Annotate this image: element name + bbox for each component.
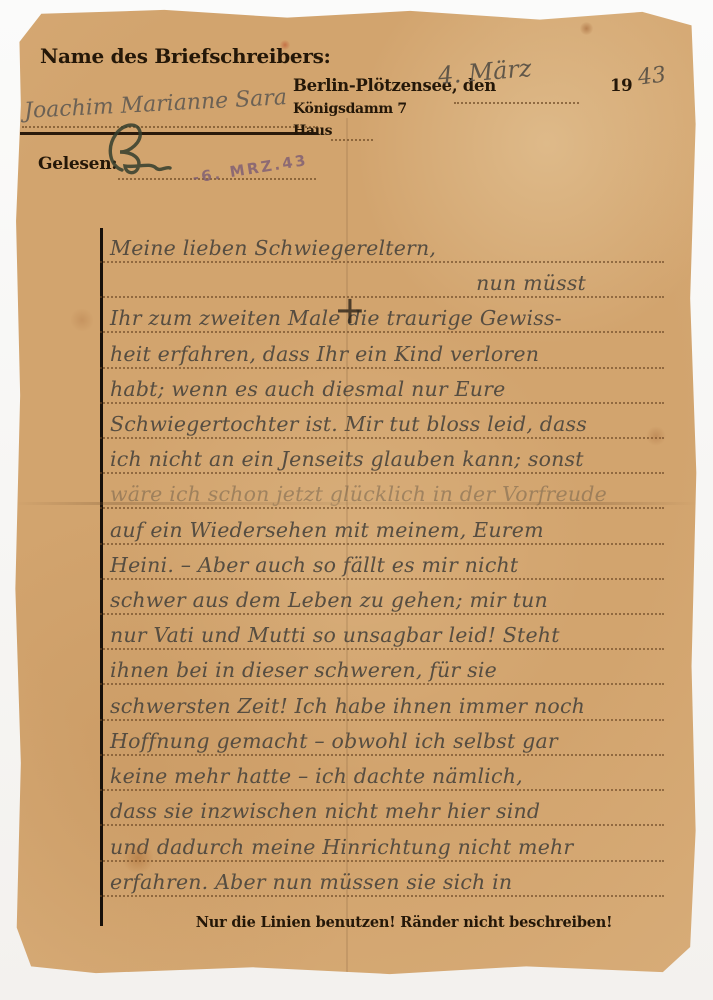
letter-line: ihnen bei in dieser schweren, für sie xyxy=(100,649,664,685)
year-handwritten: 43 xyxy=(637,62,668,90)
year-prefix-printed: 19 xyxy=(610,76,632,95)
letter-photo: Name des Briefschreibers: Joachim Marian… xyxy=(0,0,713,1000)
pencil-cross-stroke: + xyxy=(334,288,366,332)
footer-instruction: Nur die Linien benutzen! Ränder nicht be… xyxy=(134,914,674,931)
date-received-stamp: -6. MRZ.43 xyxy=(191,151,309,187)
letter-line: schwersten Zeit! Ich habe ihnen immer no… xyxy=(100,685,664,721)
date-dotted-rule xyxy=(454,102,579,104)
letter-line: schwer aus dem Leben zu gehen; mir tun xyxy=(100,579,664,615)
letter-line: Schwiegertochter ist. Mir tut bloss leid… xyxy=(100,403,664,439)
letter-line: keine mehr hatte – ich dachte nämlich, xyxy=(100,755,664,791)
letter-line: dass sie inzwischen nicht mehr hier sind xyxy=(100,790,664,826)
letter-line: Heini. – Aber auch so fällt es mir nicht xyxy=(100,544,664,580)
vertical-crease xyxy=(346,118,348,978)
horizontal-crease xyxy=(14,502,697,505)
address-line-1: Königsdamm 7 xyxy=(293,101,407,117)
fox-spot xyxy=(70,308,94,332)
fox-spot xyxy=(122,842,154,874)
letter-line: heit erfahren, dass Ihr ein Kind verlore… xyxy=(100,333,664,369)
letter-line: ich nicht an ein Jenseits glauben kann; … xyxy=(100,438,664,474)
letter-line: Meine lieben Schwiegereltern, xyxy=(100,227,664,263)
letter-line: erfahren. Aber nun müssen sie sich in xyxy=(100,861,664,897)
letter-line: habt; wenn es auch diesmal nur Eure xyxy=(100,368,664,404)
fox-spot xyxy=(646,426,666,446)
letter-line: und dadurch meine Hinrichtung nicht mehr xyxy=(100,826,664,862)
address-line-2: Haus xyxy=(293,123,332,139)
letter-line: nun müsst xyxy=(100,262,664,298)
letter-line: nur Vati und Mutti so unsagbar leid! Ste… xyxy=(100,614,664,650)
letter-line: auf ein Wiedersehen mit meinem, Eurem xyxy=(100,509,664,545)
letter-line: Ihr zum zweiten Male die traurige Gewiss… xyxy=(100,297,664,333)
date-handwritten: 4. März xyxy=(437,54,533,90)
letter-paper: Name des Briefschreibers: Joachim Marian… xyxy=(14,8,697,976)
fox-spot xyxy=(580,22,593,35)
address-dotted-rule xyxy=(331,139,373,141)
censor-initial-scribble xyxy=(92,118,188,180)
letter-line: Hoffnung gemacht – obwohl ich selbst gar xyxy=(100,720,664,756)
fox-spot xyxy=(280,40,290,50)
